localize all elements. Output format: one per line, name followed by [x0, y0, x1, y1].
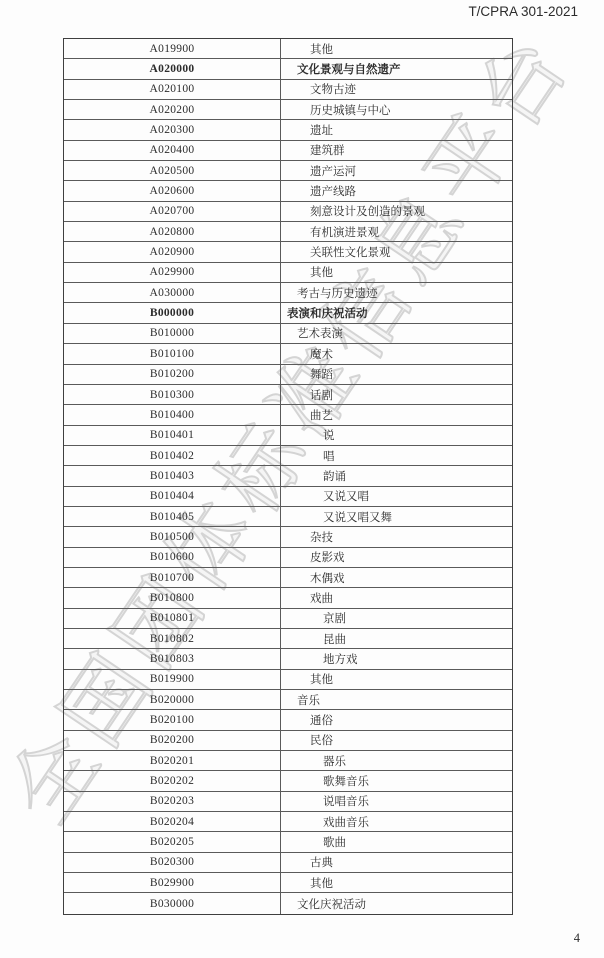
table-row: B010800戏曲 [64, 588, 512, 608]
table-row: B020000音乐 [64, 690, 512, 710]
code-cell: B029900 [64, 873, 281, 892]
table-row: B010801京剧 [64, 609, 512, 629]
category-cell: 歌舞音乐 [281, 771, 512, 790]
table-row: A020700刻意设计及创造的景观 [64, 202, 512, 222]
code-cell: B020204 [64, 812, 281, 831]
category-cell: 曲艺 [281, 405, 512, 424]
category-cell: 其他 [281, 263, 512, 282]
table-row: B000000表演和庆祝活动 [64, 303, 512, 323]
category-cell: 古典 [281, 853, 512, 872]
category-cell: 舞蹈 [281, 365, 512, 384]
category-cell: 其他 [281, 873, 512, 892]
code-cell: B010000 [64, 324, 281, 343]
table-row: B010100魔术 [64, 344, 512, 364]
code-cell: B010600 [64, 548, 281, 567]
table-row: B010300话剧 [64, 385, 512, 405]
table-row: B010700木偶戏 [64, 568, 512, 588]
category-cell: 建筑群 [281, 141, 512, 160]
code-cell: A020300 [64, 120, 281, 139]
code-cell: B010802 [64, 629, 281, 648]
code-cell: A020400 [64, 141, 281, 160]
classification-table: A019900其他A020000文化景观与自然遗产A020100文物古迹A020… [63, 38, 513, 915]
table-row: B010400曲艺 [64, 405, 512, 425]
table-row: A020000文化景观与自然遗产 [64, 59, 512, 79]
code-cell: B020300 [64, 853, 281, 872]
code-cell: B020000 [64, 690, 281, 709]
document-page: 全国团体标准信息平台 T/CPRA 301-2021 A019900其他A020… [0, 0, 604, 958]
table-row: B019900其他 [64, 670, 512, 690]
category-cell: 考古与历史遗迹 [281, 283, 512, 302]
table-row: B010404又说又唱 [64, 487, 512, 507]
code-cell: B010300 [64, 385, 281, 404]
code-cell: B010803 [64, 649, 281, 668]
table-row: A020600遗产线路 [64, 181, 512, 201]
category-cell: 刻意设计及创造的景观 [281, 202, 512, 221]
code-cell: A020700 [64, 202, 281, 221]
table-row: B010200舞蹈 [64, 365, 512, 385]
table-row: A020400建筑群 [64, 141, 512, 161]
table-row: A019900其他 [64, 39, 512, 59]
code-cell: B010100 [64, 344, 281, 363]
doc-number: T/CPRA 301-2021 [468, 4, 578, 19]
table-row: A020900关联性文化景观 [64, 242, 512, 262]
table-row: A030000考古与历史遗迹 [64, 283, 512, 303]
category-cell: 皮影戏 [281, 548, 512, 567]
category-cell: 文物古迹 [281, 80, 512, 99]
category-cell: 文化庆祝活动 [281, 893, 512, 913]
code-cell: B010400 [64, 405, 281, 424]
category-cell: 其他 [281, 39, 512, 58]
category-cell: 魔术 [281, 344, 512, 363]
table-row: A020800有机演进景观 [64, 222, 512, 242]
code-cell: A019900 [64, 39, 281, 58]
table-row: B020204戏曲音乐 [64, 812, 512, 832]
code-cell: B010801 [64, 609, 281, 628]
code-cell: B010401 [64, 426, 281, 445]
category-cell: 杂技 [281, 527, 512, 546]
category-cell: 文化景观与自然遗产 [281, 59, 512, 78]
category-cell: 韵诵 [281, 466, 512, 485]
category-cell: 说唱音乐 [281, 792, 512, 811]
category-cell: 歌曲 [281, 832, 512, 851]
table-row: B010403韵诵 [64, 466, 512, 486]
code-cell: B010404 [64, 487, 281, 506]
code-cell: A020000 [64, 59, 281, 78]
table-row: B010600皮影戏 [64, 548, 512, 568]
table-row: B020202歌舞音乐 [64, 771, 512, 791]
code-cell: B019900 [64, 670, 281, 689]
category-cell: 通俗 [281, 710, 512, 729]
category-cell: 民俗 [281, 731, 512, 750]
table-row: A020200历史城镇与中心 [64, 100, 512, 120]
table-row: B020200民俗 [64, 731, 512, 751]
category-cell: 唱 [281, 446, 512, 465]
code-cell: B010405 [64, 507, 281, 526]
category-cell: 表演和庆祝活动 [281, 303, 512, 322]
category-cell: 遗产线路 [281, 181, 512, 200]
code-cell: A020800 [64, 222, 281, 241]
code-cell: B000000 [64, 303, 281, 322]
table-row: A020500遗产运河 [64, 161, 512, 181]
code-cell: A030000 [64, 283, 281, 302]
code-cell: B010200 [64, 365, 281, 384]
category-cell: 戏曲 [281, 588, 512, 607]
code-cell: B020203 [64, 792, 281, 811]
code-cell: A020200 [64, 100, 281, 119]
code-cell: B010800 [64, 588, 281, 607]
code-cell: A020100 [64, 80, 281, 99]
category-cell: 其他 [281, 670, 512, 689]
code-cell: B020200 [64, 731, 281, 750]
table-row: B010000艺术表演 [64, 324, 512, 344]
category-cell: 京剧 [281, 609, 512, 628]
category-cell: 历史城镇与中心 [281, 100, 512, 119]
table-row: A020300遗址 [64, 120, 512, 140]
table-row: B010405又说又唱又舞 [64, 507, 512, 527]
table-row: A029900其他 [64, 263, 512, 283]
code-cell: B030000 [64, 893, 281, 913]
table-row: B030000文化庆祝活动 [64, 893, 512, 913]
table-row: B020201器乐 [64, 751, 512, 771]
code-cell: B020205 [64, 832, 281, 851]
table-row: B020100通俗 [64, 710, 512, 730]
table-row: B010401说 [64, 426, 512, 446]
table-row: B029900其他 [64, 873, 512, 893]
code-cell: A029900 [64, 263, 281, 282]
category-cell: 又说又唱又舞 [281, 507, 512, 526]
table-row: B020203说唱音乐 [64, 792, 512, 812]
category-cell: 又说又唱 [281, 487, 512, 506]
code-cell: B020201 [64, 751, 281, 770]
code-cell: B010403 [64, 466, 281, 485]
category-cell: 艺术表演 [281, 324, 512, 343]
code-cell: B020202 [64, 771, 281, 790]
category-cell: 遗产运河 [281, 161, 512, 180]
code-cell: A020900 [64, 242, 281, 261]
category-cell: 遗址 [281, 120, 512, 139]
code-cell: B010700 [64, 568, 281, 587]
category-cell: 地方戏 [281, 649, 512, 668]
code-cell: A020600 [64, 181, 281, 200]
table-row: B020300古典 [64, 853, 512, 873]
category-cell: 关联性文化景观 [281, 242, 512, 261]
category-cell: 说 [281, 426, 512, 445]
category-cell: 戏曲音乐 [281, 812, 512, 831]
category-cell: 器乐 [281, 751, 512, 770]
code-cell: B010402 [64, 446, 281, 465]
category-cell: 话剧 [281, 385, 512, 404]
category-cell: 有机演进景观 [281, 222, 512, 241]
code-cell: B010500 [64, 527, 281, 546]
category-cell: 木偶戏 [281, 568, 512, 587]
table-row: A020100文物古迹 [64, 80, 512, 100]
table-row: B010402唱 [64, 446, 512, 466]
page-number: 4 [574, 931, 580, 946]
category-cell: 音乐 [281, 690, 512, 709]
code-cell: B020100 [64, 710, 281, 729]
table-row: B020205歌曲 [64, 832, 512, 852]
table-row: B010802昆曲 [64, 629, 512, 649]
category-cell: 昆曲 [281, 629, 512, 648]
table-row: B010803地方戏 [64, 649, 512, 669]
code-cell: A020500 [64, 161, 281, 180]
table-row: B010500杂技 [64, 527, 512, 547]
